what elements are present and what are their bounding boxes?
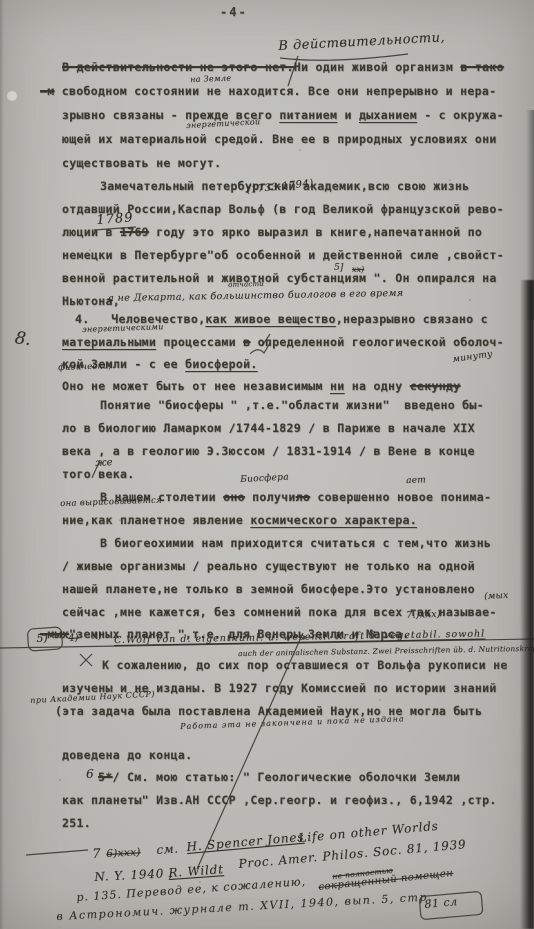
typed-line: венной растительной и животной субстанци… (62, 273, 497, 285)
scanned-page: -4- В действительности не этого нет.Ни о… (0, 0, 534, 929)
typed-segment: 1769 (120, 225, 149, 239)
typed-segment: получи (245, 490, 296, 504)
typed-segment: Ни один живой организм (294, 60, 461, 74)
typed-segment: нашей планете,не только в земной биосфер… (62, 582, 475, 596)
typed-segment: определенной геологической оболоч- (250, 335, 504, 349)
typed-line: доведена до конца. (62, 750, 192, 762)
handwritten-note: (мых (484, 592, 509, 602)
scan-edge-right (520, 280, 534, 929)
typed-segment: венной растительной и животной субстанци… (62, 271, 497, 285)
typed-segment: того века. (62, 467, 134, 481)
typed-line: К сожалению, до сих пор оставшиеся от Во… (102, 660, 508, 672)
typed-segment: —м (40, 84, 55, 98)
typed-segment: году это ярко выразил в книге,напечатанн… (149, 225, 482, 239)
typed-line: ющей их материальной средой. Вне ее в пр… (62, 134, 497, 146)
typed-line: люции в 1769 году это ярко выразил в кни… (62, 227, 482, 239)
typed-line: материальными процессами в определенной … (62, 337, 504, 349)
typed-segment: доведена до конца. (62, 748, 192, 762)
insertion-x-mark (80, 654, 92, 666)
typed-line: 5*/ См. мою статью: " Геологические обол… (98, 772, 460, 784)
typed-segment: как планеты" Изв.АН СССР ,Сер.геогр. и г… (62, 793, 497, 807)
handwritten-note: В действительности, (278, 31, 445, 53)
handwritten-note: минуту (452, 350, 493, 365)
typed-line: В действительности не этого нет.Ни один … (62, 62, 504, 74)
typed-segment: К сожалению, до сих пор оставшиеся от Во… (102, 658, 508, 672)
typed-segment: века , а в геологию Э.Зюссом / 1831-1914… (62, 444, 475, 458)
handwritten-note: же (95, 458, 113, 469)
typed-segment: оно (223, 490, 245, 504)
typed-line: Понятие "биосферы " ,т.е."области жизни"… (100, 400, 484, 412)
typed-segment: существовать не могут. (62, 156, 221, 170)
page-number: -4- (220, 5, 248, 19)
handwritten-note: Биосфера (240, 473, 289, 485)
typed-line: Оно не может быть от нее независимым ни … (62, 381, 460, 393)
typed-segment: / живые организмы / реально существуют н… (62, 559, 475, 573)
typed-segment: ло (296, 490, 311, 504)
typed-segment: свободном состоянии не находится. Все он… (55, 84, 497, 98)
typed-line: ние,как планетное явление космического х… (62, 515, 417, 527)
handwritten-note: энергетической (186, 118, 261, 130)
typed-segment: 5* (98, 770, 113, 784)
handwritten-note: на Земле (190, 75, 231, 84)
typed-line: —м свободном состоянии не находится. Все… (40, 86, 496, 98)
typed-segment: совершенно новое понима- (310, 490, 491, 504)
typed-segment: ние,как планетное явление (62, 513, 250, 527)
scan-edge-left (0, 0, 4, 929)
typed-segment: В действительности не этого нет. (62, 60, 294, 74)
handwritten-note: 6)ххх) (106, 847, 141, 859)
typed-line: / живые организмы / реально существуют н… (62, 561, 475, 573)
handwritten-note: ает (406, 476, 426, 486)
typed-line: того века. (62, 469, 134, 481)
typed-segment: космического характера. (250, 513, 417, 527)
typed-segment: и (337, 108, 359, 122)
typed-segment: / См. мою статью: " Геологические оболоч… (113, 770, 461, 784)
handwritten-note: 7 (92, 848, 101, 861)
typed-segment: люции в (62, 225, 120, 239)
typed-segment: процессами (156, 335, 243, 349)
typed-line: (эта задача была поставлена Академией На… (55, 706, 482, 718)
handwritten-note: H. Spencer Jones (186, 831, 305, 853)
typed-line: 251. (62, 818, 91, 830)
handwritten-note: R. Wildt (168, 863, 224, 879)
typed-segment: - с окружа- (417, 108, 504, 122)
handwritten-note: а не Декарта, как большинство биологов в… (108, 289, 404, 304)
handwritten-note: 5] (334, 264, 343, 273)
handwritten-note: физически) (58, 362, 112, 372)
typed-segment: ло в биологию Ламарком /1744-1829 / в Па… (62, 421, 475, 435)
handwritten-note: при Академии Наук СССР) (30, 690, 155, 705)
handwritten-note: энергетическими (82, 323, 164, 334)
handwritten-note: 1789 (96, 211, 134, 227)
handwritten-note: хх) (352, 266, 364, 274)
typed-segment: Понятие "биосферы " ,т.е."области жизни"… (100, 398, 484, 412)
typed-line: нашей планете,не только в земной биосфер… (62, 584, 475, 596)
typed-segment: Оно не может быть от нее независимым (62, 379, 330, 393)
handwritten-note: 8. (14, 330, 32, 349)
handwritten-note: N. Y. 1940 ; (94, 867, 174, 883)
typed-segment: на одну (345, 379, 410, 393)
typed-line: ло в биологию Ламарком /1744-1829 / в Па… (62, 423, 475, 435)
handwritten-note: 4) (68, 633, 79, 644)
typed-segment: материальными (62, 335, 156, 349)
handwritten-note: отчасти (228, 281, 264, 289)
typed-line: немецки в Петербурге"об особенной и дейс… (62, 250, 504, 262)
handwritten-note: см. (156, 842, 179, 856)
typed-segment: секунду (410, 379, 461, 393)
handwritten-note: auch der animalischen Substanz. Zwei Pre… (238, 644, 534, 658)
typed-segment: немецки в Петербурге"об особенной и дейс… (62, 248, 504, 262)
handwritten-note: 7.)ххх) (406, 610, 441, 621)
typed-segment: ни (330, 379, 345, 393)
scan-edge-right-top (526, 110, 534, 320)
typed-line: зрывно связаны - прежде всего питанием и… (62, 110, 504, 122)
bottom-footnote-dash (26, 850, 88, 855)
typed-segment: 251. (62, 816, 91, 830)
typed-segment: ,неразрывно связано с (336, 312, 488, 326)
typed-line: В биогеохимии нам приходится считаться с… (100, 538, 491, 550)
typed-segment: биосферой. (185, 357, 257, 371)
typed-line: существовать не могут. (62, 158, 221, 170)
typed-line: как планеты" Изв.АН СССР ,Сер.геогр. и г… (62, 795, 497, 807)
handwritten-note: 81 сл (424, 896, 458, 910)
handwritten-note: 5) (36, 632, 48, 644)
handwritten-note: х) (92, 632, 102, 642)
typed-segment: ющей их материальной средой. Вне ее в пр… (62, 132, 497, 146)
typed-segment: (эта задача была поставлена Академией На… (55, 704, 482, 718)
handwritten-note: она вырисовывается (60, 496, 162, 508)
typed-segment: питанием (279, 108, 337, 122)
paper-flaw-spot (7, 91, 17, 101)
typed-segment: В биогеохимии нам приходится считаться с… (100, 536, 491, 550)
handwritten-note: 6 (86, 768, 94, 780)
typed-segment: дыханием (359, 108, 417, 122)
typed-segment: как живое вещество (205, 312, 335, 326)
typed-segment: в тако (460, 60, 503, 74)
typed-line: века , а в геологию Э.Зюссом / 1831-1914… (62, 446, 475, 458)
